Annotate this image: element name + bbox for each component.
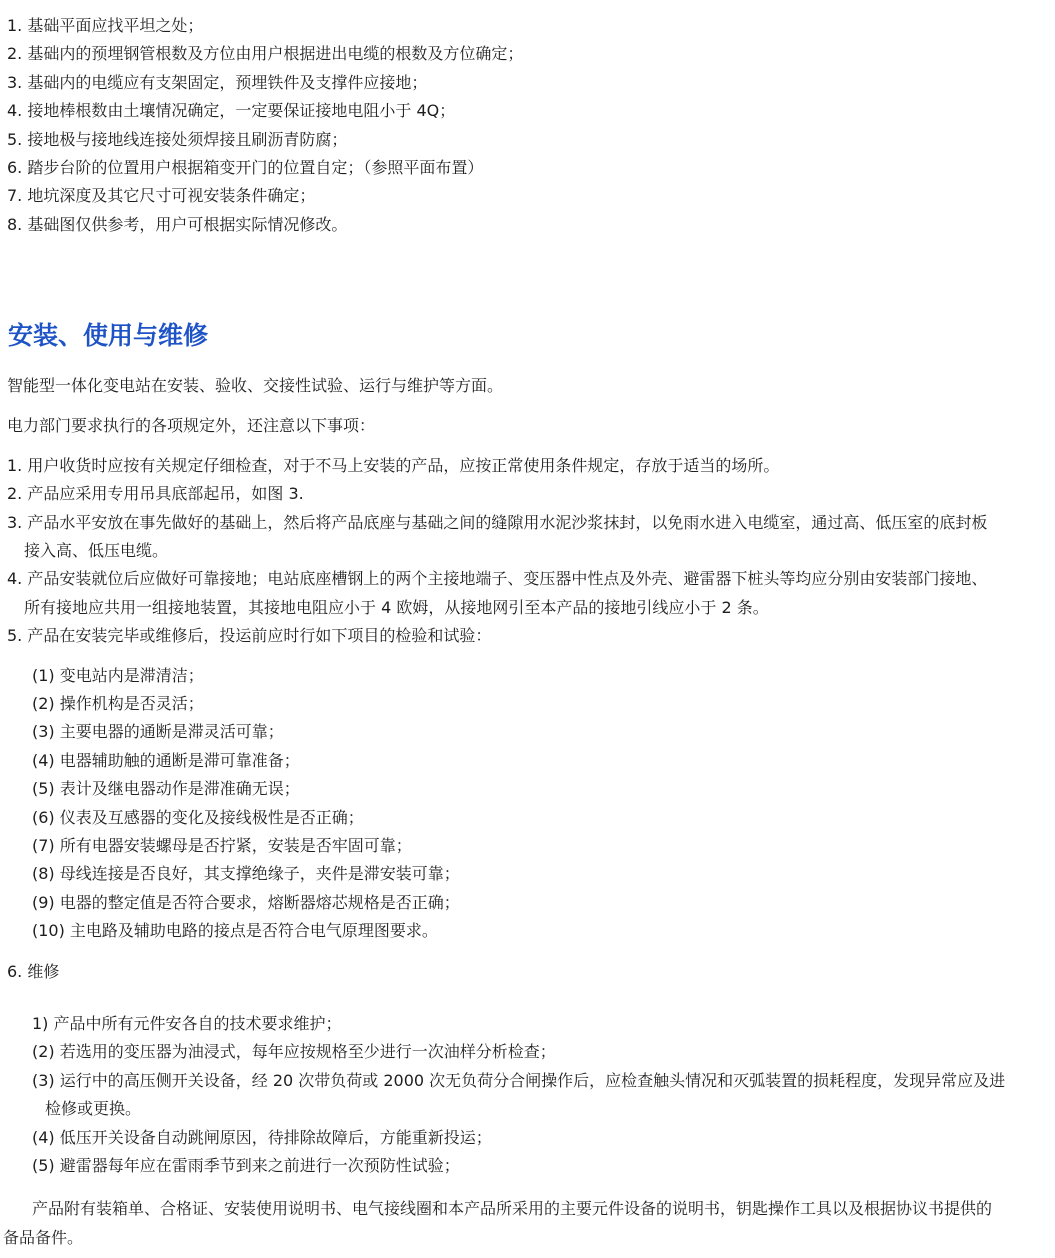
list-item: 所有接地应共用一组接地装置，其接地电阻应小于 4 欧姆，从接地网引至本产品的接地… xyxy=(7,594,1045,622)
list-item: 5. 接地极与接地线连接处须焊接且刷沥青防腐； xyxy=(7,126,1045,154)
list-item: (1) 变电站内是滞清洁； xyxy=(7,662,1045,690)
list-item: 7. 地坑深度及其它尺寸可视安装条件确定； xyxy=(7,182,1045,210)
list-item: (3) 主要电器的通断是滞灵活可靠； xyxy=(7,718,1045,746)
list-item: 6. 踏步台阶的位置用户根据箱变开门的位置自定；（参照平面布置） xyxy=(7,154,1045,182)
list-item: 1. 用户收货时应按有关规定仔细检查，对于不马上安装的产品，应按正常使用条件规定… xyxy=(7,452,1045,480)
list-item: (5) 表计及继电器动作是滞准确无误； xyxy=(7,775,1045,803)
list-item: 8. 基础图仅供参考，用户可根据实际情况修改。 xyxy=(7,211,1045,239)
document-body: 1. 基础平面应找平坦之处；2. 基础内的预埋钢管根数及方位由用户根据进出电缆的… xyxy=(0,0,1055,1252)
intro-paragraph: 智能型一体化变电站在安装、验收、交接性试验、运行与维护等方面。 xyxy=(7,372,1045,400)
list-item: (8) 母线连接是否良好，其支撑绝缘子，夹件是滞安装可靠； xyxy=(7,860,1045,888)
list-item: (5) 避雷器每年应在雷雨季节到来之前进行一次预防性试验； xyxy=(7,1152,1045,1180)
inspection-check-list: (1) 变电站内是滞清洁；(2) 操作机构是否灵活；(3) 主要电器的通断是滞灵… xyxy=(7,662,1045,946)
list-item: (6) 仪表及互感器的变化及接线极性是否正确； xyxy=(7,804,1045,832)
list-item: 2. 产品应采用专用吊具底部起吊，如图 3. xyxy=(7,480,1045,508)
list-item: 1. 基础平面应找平坦之处； xyxy=(7,12,1045,40)
list-item: (10) 主电路及辅助电路的接点是否符合电气原理图要求。 xyxy=(7,917,1045,945)
list-item: 5. 产品在安装完毕或维修后，投运前应时行如下项目的检验和试验： xyxy=(7,622,1045,650)
list-item: 接入高、低压电缆。 xyxy=(7,537,1045,565)
list-item: (4) 电器辅助触的通断是滞可靠准备； xyxy=(7,747,1045,775)
list-item: (7) 所有电器安装螺母是否拧紧，安装是否牢固可靠； xyxy=(7,832,1045,860)
list-item: (2) 若选用的变压器为油浸式，每年应按规格至少进行一次油样分析检查； xyxy=(7,1038,1045,1066)
maintenance-heading: 6. 维修 xyxy=(7,958,1045,986)
list-item: (4) 低压开关设备自动跳闸原因，待排除故障后，方能重新投运； xyxy=(7,1124,1045,1152)
paragraph-line: 备品备件。 xyxy=(3,1224,1045,1252)
list-item: (2) 操作机构是否灵活； xyxy=(7,690,1045,718)
list-item: 1) 产品中所有元件安各自的技术要求维护； xyxy=(7,1010,1045,1038)
section-heading: 安装、使用与维修 xyxy=(8,320,1045,352)
list-item: 4. 接地棒根数由土壤情况确定，一定要保证接地电阻小于 4Q； xyxy=(7,97,1045,125)
list-item: 检修或更换。 xyxy=(7,1095,1045,1123)
foundation-notes-list: 1. 基础平面应找平坦之处；2. 基础内的预埋钢管根数及方位由用户根据进出电缆的… xyxy=(7,12,1045,239)
list-item: 3. 产品水平安放在事先做好的基础上，然后将产品底座与基础之间的缝隙用水泥沙浆抹… xyxy=(7,509,1045,537)
install-instructions-list: 1. 用户收货时应按有关规定仔细检查，对于不马上安装的产品，应按正常使用条件规定… xyxy=(7,452,1045,651)
paragraph-line: 产品附有装箱单、合格证、安装使用说明书、电气接线圈和本产品所采用的主要元件设备的… xyxy=(3,1195,1045,1223)
list-item: 3. 基础内的电缆应有支架固定，预埋铁件及支撑件应接地； xyxy=(7,69,1045,97)
list-item: 4. 产品安装就位后应做好可靠接地；电站底座槽钢上的两个主接地端子、变压器中性点… xyxy=(7,565,1045,593)
list-item: 2. 基础内的预埋钢管根数及方位由用户根据进出电缆的根数及方位确定； xyxy=(7,40,1045,68)
closing-paragraph: 产品附有装箱单、合格证、安装使用说明书、电气接线圈和本产品所采用的主要元件设备的… xyxy=(3,1195,1045,1252)
maintenance-items-list: 1) 产品中所有元件安各自的技术要求维护；(2) 若选用的变压器为油浸式，每年应… xyxy=(7,1010,1045,1180)
document-page: { "colors": { "heading_blue": "#1d53c6",… xyxy=(0,0,1055,1258)
intro-paragraph: 电力部门要求执行的各项规定外，还注意以下事项： xyxy=(7,412,1045,440)
list-item: (9) 电器的整定值是否符合要求，熔断器熔芯规格是否正确； xyxy=(7,889,1045,917)
list-item: (3) 运行中的高压侧开关设备，经 20 次带负荷或 2000 次无负荷分合闸操… xyxy=(7,1067,1045,1095)
